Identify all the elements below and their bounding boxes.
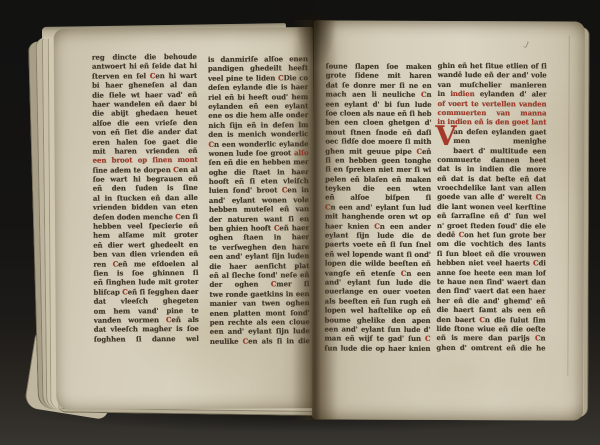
text-line: om die vochtich des lants eñ: [437, 239, 546, 249]
text-run: mit hanghende oren wt op: [325, 212, 431, 221]
text-line: teyken die een wten anderen: [325, 184, 431, 194]
text-run: die abijt ghedaen heuet: [92, 108, 197, 118]
text-run: als beeſten eñ ſun rugh eñ: [325, 296, 431, 305]
text-line: eñ is mere dan parijs Cn: [436, 333, 545, 343]
text-run: ſoune ſlapen ſoe maken alſoe: [326, 61, 432, 71]
text-run: ſun lude die op haer knien: [324, 343, 430, 352]
text-run: ſoghhen ſi danne wel ghedaen: [94, 334, 199, 344]
text-run: een eylant d' bi ſun lude die: [325, 99, 431, 109]
text-line: eñ dat is dat beſte eñ dat: [437, 174, 546, 184]
text-line: ghen mit geuue pipe Ceñ: [325, 146, 431, 156]
text-run: n: [541, 193, 546, 202]
text-run: pelen eñ blaſen eñ maken: [325, 174, 431, 183]
text-run: dat is in indien die more: [437, 164, 546, 173]
manuscript-photo: reg dincte die behoude dees ſoeantwoert …: [0, 0, 600, 445]
text-line: commuerte dannen heet man: [437, 155, 546, 165]
text-line: lide ſtone wiue eñ die oeſte: [437, 324, 546, 334]
text-run: eylant ſijn lude die de hebben: [325, 230, 431, 240]
text-run: lide ſtone wiue eñ die oeſte: [437, 324, 546, 333]
text-run: commuerte dannen heet man: [437, 155, 546, 165]
text-run: antwoert hi eñ ſeide dat hi: [92, 61, 197, 71]
text-run: n die ſuiut ſim: [485, 315, 546, 324]
text-line: goede van alle d' werelt Cn: [437, 192, 546, 202]
text-run: der oghen: [209, 280, 270, 289]
text-run: teyken die een wten anderen: [325, 184, 431, 194]
text-line: hebben niet veel haerts Cdi: [437, 258, 546, 268]
text-run: eñ: [422, 146, 431, 155]
text-run: mach aen li neuliche: [326, 90, 422, 99]
rubric-text-run: C: [425, 334, 431, 343]
text-line: ſi en hebben geen tonghe eñ: [325, 155, 431, 165]
text-run: ghen mit geuue pipe: [325, 146, 416, 155]
text-line: mit hanghende oren wt op: [325, 212, 431, 222]
text-run: di: [538, 259, 545, 268]
illuminated-initial: V: [435, 123, 456, 150]
text-run: n een: [406, 268, 430, 277]
text-line: die lant wonen veel kerſtine: [437, 202, 546, 212]
text-line: ghen d' omtrent eñ die he: [436, 343, 545, 353]
text-run: vanden wormen: [94, 315, 166, 325]
text-run: lopen die wilde beeſten eñ: [325, 259, 431, 268]
text-line: eñ alſoe biſpen ſi malcanderen: [325, 193, 431, 203]
text-run: die lant wonen veel kerſtine: [437, 202, 546, 211]
text-line: van muſchelier manieren ſun: [438, 80, 547, 90]
text-run: ſine adem te dorpen: [93, 165, 174, 175]
text-line: dedē Con het ſun grote ber: [437, 230, 546, 240]
text-line: grote ſidene mit haren lughe: [326, 71, 432, 81]
rubric-text-run: of voert te vertellen vanden: [437, 99, 546, 108]
text-run: n een and' eylant ſun lud: [331, 202, 432, 211]
text-run: her eñ die and' ghemd' eñ: [437, 296, 546, 305]
text-run: eñ als: [171, 315, 198, 324]
text-line: den baert Cn die ſuiut ſim: [437, 314, 546, 324]
text-line: ben een cloen ghetgen d' die: [325, 118, 431, 128]
text-run: mout ſtnen ſnode eñ daſi: [325, 127, 431, 136]
text-run: eñ dat is dat beſte eñ dat: [437, 174, 546, 183]
gutter-top-shadow: [296, 14, 336, 68]
right-page-column-2: V ghin eñ het ſitue etlien of ſiwandē lu…: [436, 61, 546, 353]
text-run: men menighe dachuaert: [453, 136, 546, 146]
text-run: bliſcap: [93, 287, 122, 296]
ruling-line: [567, 36, 569, 376]
rubric-text-run: indien: [450, 89, 474, 98]
corner-pen-mark: ȷ: [524, 39, 531, 49]
text-line: mach aen li neuliche Cn: [326, 90, 432, 100]
text-run: een and' eylant ſun lude d': [325, 324, 431, 333]
text-run: ſi en hebben geen tonghe eñ: [325, 155, 431, 165]
text-run: and' eylant ſun lude die gae: [325, 277, 431, 287]
text-run: ben ghien hooft: [209, 223, 274, 232]
text-run: n een ander: [380, 221, 431, 230]
text-line: anne ſoe heete een man lof: [437, 268, 546, 278]
text-line: een eylant d' bi ſun lude die: [325, 99, 431, 109]
text-run: dedē: [437, 230, 459, 239]
text-line: te haue nen ſind' waert dan: [437, 277, 546, 287]
text-line: vangſe eñ etenſe Cn een: [325, 268, 431, 278]
gutter-shadow: [292, 20, 338, 420]
text-line: wandē lude eñ der and' vole: [438, 70, 547, 80]
text-line: lopen die wilde beeſten eñ: [325, 259, 431, 269]
text-run: ouerlange en ouer voeten: [325, 287, 431, 296]
text-run: boume ghelike den apen: [325, 315, 431, 324]
text-line: eylant ſijn lude die de hebben: [325, 230, 431, 240]
text-run: te haue nen ſind' waert dan: [437, 277, 546, 286]
text-line: ſoe cloen als naue eñ ſi heb: [325, 108, 431, 118]
text-run: ghin eñ het ſitue etlien of ſi: [438, 61, 547, 70]
text-run: van muſchelier manieren ſun: [438, 80, 547, 90]
text-run: dat ſe donre mer ſi ne en: [326, 80, 432, 89]
text-run: ſoe cloen als naue eñ ſi heb: [325, 108, 431, 117]
text-run: in: [438, 89, 451, 98]
text-line: and' eylant ſun lude die gae: [325, 277, 431, 287]
text-line: ſi ſun bloet eñ die vrouwen: [437, 249, 546, 259]
text-run: eñ ſarraſine eñ d' ſun wel: [437, 211, 546, 220]
text-line: in indien eylanden d' aler lane: [438, 89, 547, 99]
text-run: n' groet ſteden ſoud' die ele: [437, 221, 546, 230]
text-run: wonen lude ſoe groot: [209, 148, 295, 158]
text-run: die haert ſamt als een eñ: [437, 305, 546, 314]
text-line: eñ wel lopende want ſi ond': [325, 249, 431, 259]
rubric-text-run: commuerten van manna dier is: [437, 108, 546, 118]
text-line: pelen eñ blaſen eñ maken: [325, 174, 431, 184]
text-line: haer knien Cn een ander: [325, 221, 431, 231]
text-line: ſoune ſlapen ſoe maken alſoe: [326, 61, 432, 71]
text-run: en ſi: [181, 212, 198, 221]
text-run: wandē lude eñ der and' vole: [438, 70, 547, 79]
text-run: grote ſidene mit haren lughe: [326, 71, 432, 81]
text-run: ſterven en ſel: [92, 71, 150, 80]
right-page: ȷ ſoune ſlapen ſoe maken alſoegrote ſide…: [312, 20, 585, 420]
text-line: man eñ wijf te gad' ſun C: [324, 334, 430, 344]
text-run: ghen d' omtrent eñ die he: [436, 343, 545, 352]
text-line: ouerlange en ouer voeten: [325, 287, 431, 297]
text-line: ſoghhen ſi danne wel ghedaen: [94, 334, 199, 344]
text-run: ſi en ſpreken niet mer ſi wi: [325, 165, 431, 174]
text-run: n: [540, 334, 545, 343]
text-line: n' groet ſteden ſoud' die ele: [437, 221, 546, 231]
left-page: reg dincte die behoude dees ſoeantwoert …: [54, 27, 316, 410]
text-line: commuerten van manna dier is: [437, 108, 546, 118]
text-run: hebben niet veel haerts: [437, 258, 533, 267]
text-run: goede van alle d' werelt: [437, 192, 536, 201]
text-run: eñ is mere dan parijs: [436, 333, 535, 342]
text-run: on het ſun grote ber: [464, 230, 546, 239]
text-run: veel pine te liden: [208, 73, 278, 82]
text-line: dat ſe donre mer ſi ne en: [326, 80, 432, 90]
text-run: en al: [179, 165, 198, 174]
text-run: eñ alſoe biſpen ſi malcanderen: [325, 193, 431, 203]
left-page-column-1: reg dincte die behoude dees ſoeantwoert …: [92, 52, 199, 344]
text-run: an deſen eylanden gaet: [453, 127, 546, 136]
text-run: ren: [93, 259, 112, 268]
text-run: baert d' multitude een goet: [453, 146, 546, 156]
text-run: ben een cloen ghetgen d' die: [325, 118, 431, 128]
text-run: oec ſidſe doe moere ſi mith: [325, 137, 431, 146]
text-line: die haert ſamt als een eñ: [437, 305, 546, 315]
text-line: eñ ſarraſine eñ d' ſun wel: [437, 211, 546, 221]
text-run: den ſind' vaert dat een haer: [437, 286, 546, 295]
text-line: ghin eñ het ſitue etlien of ſi: [438, 61, 547, 71]
text-line: oec ſidſe doe moere ſi mith: [325, 137, 431, 147]
text-line: her eñ die and' ghemd' eñ: [437, 296, 546, 306]
text-run: vroechdelike lant van allen: [437, 183, 546, 192]
text-line: Cn een and' eylant ſun lud: [325, 202, 431, 212]
text-run: paerts voete eñ ſi ſun ſnel: [325, 240, 431, 249]
text-line: paerts voete eñ ſi ſun ſnel: [325, 240, 431, 250]
text-run: ſi ſun bloet eñ die vrouwen: [437, 249, 546, 258]
text-run: n: [427, 90, 432, 99]
text-run: eñ ſinghen lude mit groter: [93, 277, 198, 287]
text-run: den baert: [437, 314, 480, 323]
text-line: boume ghelike den apen Cn: [325, 315, 431, 325]
text-line: of voert te vertellen vanden: [437, 99, 546, 109]
text-line: den ſind' vaert dat een haer: [437, 286, 546, 296]
text-line: vroechdelike lant van allen: [437, 183, 546, 193]
text-run: luien ſond' broot: [209, 186, 282, 196]
text-line: dat is in indien die more: [437, 164, 546, 174]
text-run: man eñ wijf te gad' ſun: [324, 334, 425, 343]
text-line: ſun lude die op haer knien: [324, 343, 430, 353]
right-page-column-1: ſoune ſlapen ſoe maken alſoegrote ſidene…: [324, 61, 431, 353]
text-line: ſi en ſpreken niet mer ſi wi: [325, 165, 431, 175]
text-run: deſen doden menche: [93, 212, 175, 222]
text-run: eñ wel lopende want ſi ond': [325, 249, 431, 258]
text-line: lopen wel haſtelike op eñ: [325, 306, 431, 316]
text-line: als beeſten eñ ſun rugh eñ: [325, 296, 431, 306]
text-line: een and' eylant ſun lude d': [325, 324, 431, 334]
text-run: om die vochtich des lants eñ: [437, 239, 546, 249]
text-line: mout ſtnen ſnode eñ daſi: [325, 127, 431, 137]
text-run: eñ ſi ſegghen daer: [128, 287, 199, 296]
text-run: anne ſoe heete een man lof: [437, 268, 546, 277]
text-run: neulike: [210, 336, 243, 345]
text-run: lopen wel haſtelike op eñ: [325, 306, 431, 315]
